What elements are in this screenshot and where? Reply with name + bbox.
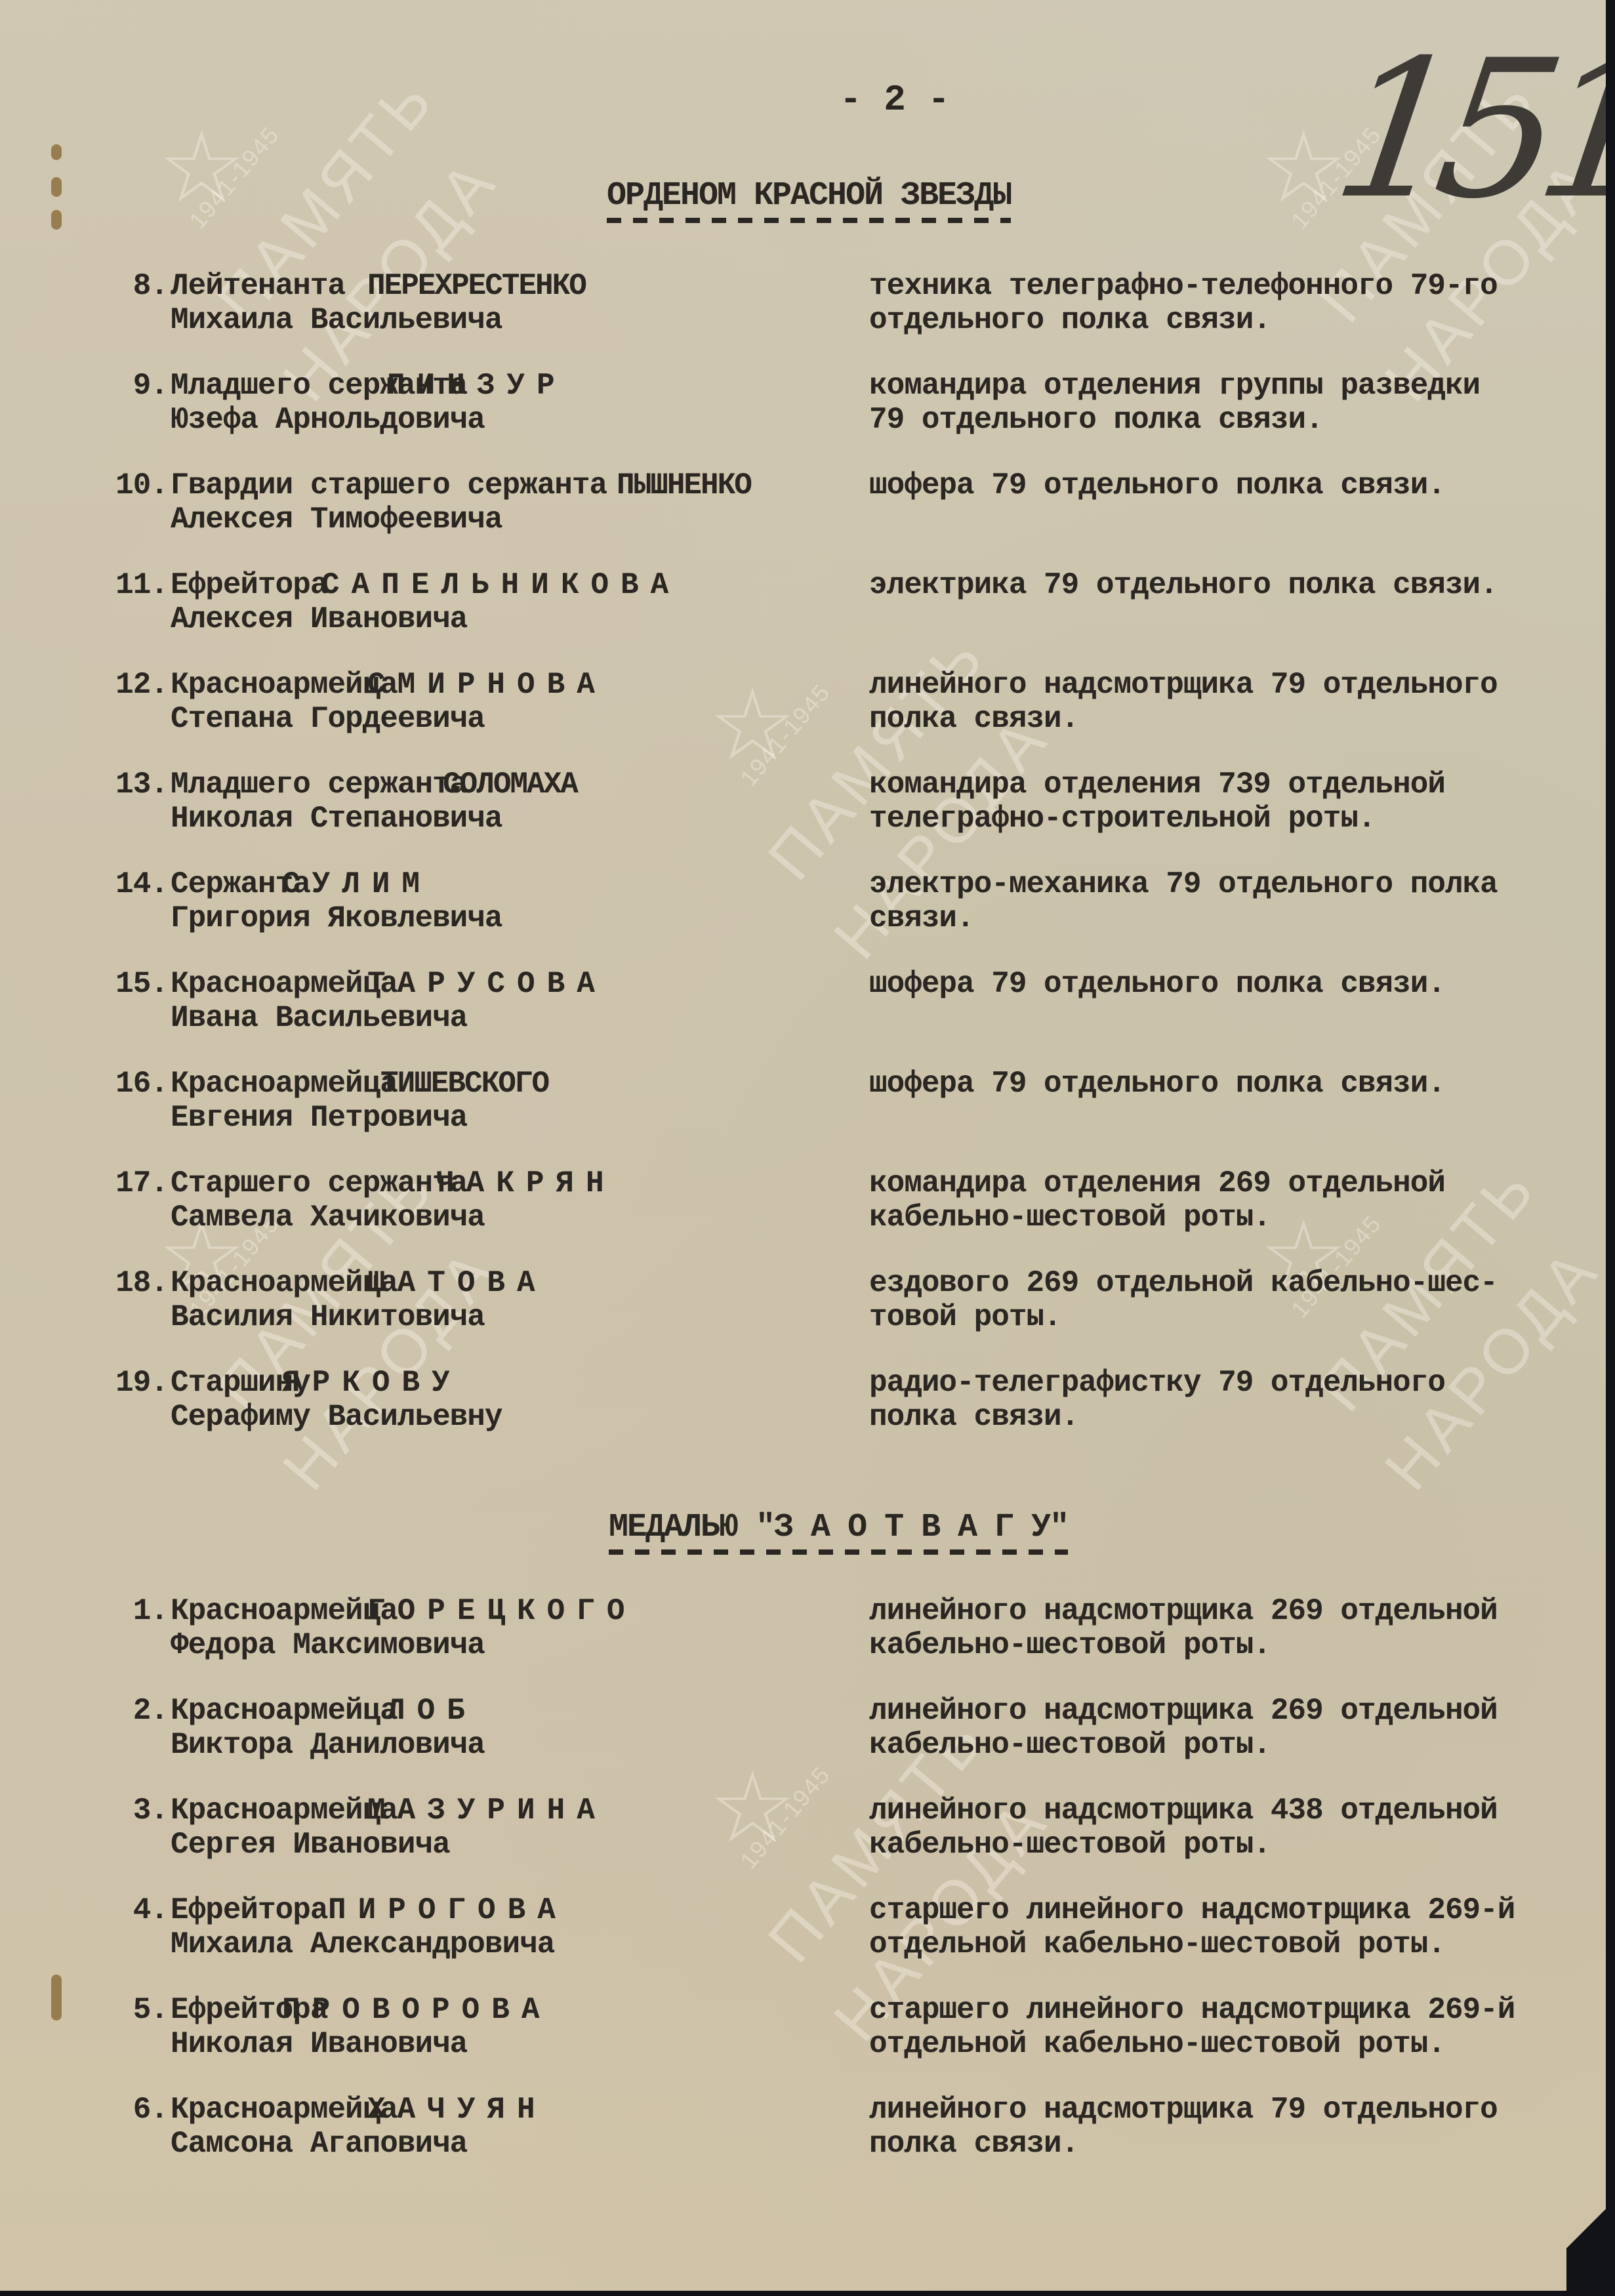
entry-position-description: шофера 79 отдельного полка связи.	[869, 468, 1604, 502]
entry-position-description: командира отделения группы разведки 79 о…	[869, 369, 1604, 437]
entry-number: 12.	[105, 668, 168, 702]
entry-surname: МАЗУРИНА	[367, 1794, 607, 1828]
entry-number: 17.	[105, 1166, 168, 1200]
binding-hole	[51, 1975, 62, 2020]
entry-rank: Младшего сержанта	[171, 768, 467, 802]
entry-rank: Красноармейца	[171, 1067, 398, 1101]
entry-given-names: Серафиму Васильевну	[171, 1400, 502, 1434]
entry-number: 10.	[105, 468, 168, 502]
entry-surname: ПИНЗУР	[387, 369, 567, 403]
entry-rank: Ефрейтора	[171, 1893, 327, 1927]
entry-surname: СУЛИМ	[282, 867, 432, 901]
entry-rank: Гвардии старшего сержанта	[171, 468, 607, 502]
entry-position-description: командира отделения 739 отдельной телегр…	[869, 768, 1604, 836]
entry-position-description: шофера 79 отдельного полка связи.	[869, 1067, 1604, 1101]
entry-position-description: техника телеграфно-телефонного 79-го отд…	[869, 269, 1604, 337]
entry-number: 1.	[105, 1594, 168, 1628]
entry-surname: ТИШЕВСКОГО	[380, 1067, 548, 1101]
entry-given-names: Сергея Ивановича	[171, 1828, 450, 1862]
heading-underline	[609, 1549, 1068, 1555]
entry-surname: ШАТОВА	[367, 1266, 547, 1300]
entry-position-description: командира отделения 269 отдельной кабель…	[869, 1166, 1604, 1235]
entry-number: 8.	[105, 269, 168, 303]
page-corner-fold	[1566, 2166, 1606, 2291]
entry-number: 2.	[105, 1694, 168, 1728]
entry-number: 16.	[105, 1067, 168, 1101]
entry-position-description: линейного надсмотрщика 79 отдельного пол…	[869, 2093, 1604, 2161]
entry-rank: Красноармейца	[171, 1266, 398, 1300]
entry-surname: ГОРЕЦКОГО	[367, 1594, 636, 1628]
section-heading-bravery-medal: МЕДАЛЬЮ "З А О Т В А Г У"	[609, 1509, 1068, 1546]
entry-surname: СОЛОМАХА	[443, 768, 577, 802]
entry-position-description: старшего линейного надсмотрщика 269-й от…	[869, 1893, 1604, 1961]
entry-number: 14.	[105, 867, 168, 901]
entry-number: 9.	[105, 369, 168, 403]
entry-given-names: Михаила Васильевича	[171, 303, 502, 337]
entry-position-description: линейного надсмотрщика 79 отдельного пол…	[869, 668, 1604, 736]
entry-rank: Красноармейца	[171, 1594, 398, 1628]
entry-surname: ХАЧУЯН	[367, 2093, 547, 2127]
entry-number: 5.	[105, 1993, 168, 2027]
entry-surname: ПЕРЕХРЕСТЕНКО	[367, 269, 586, 303]
entry-number: 13.	[105, 768, 168, 802]
entry-surname: ПЫШНЕНКО	[617, 468, 751, 502]
entry-given-names: Алексея Тимофеевича	[171, 502, 502, 537]
entry-rank: Красноармейца	[171, 967, 398, 1001]
entry-given-names: Самсона Агаповича	[171, 2127, 467, 2161]
section-heading-red-star: ОРДЕНОМ КРАСНОЙ ЗВЕЗДЫ	[607, 177, 1011, 215]
entry-rank: Красноармейца	[171, 2093, 398, 2127]
entry-surname: ТАРУСОВА	[367, 967, 607, 1001]
entry-surname: САПЕЛЬНИКОВА	[321, 568, 680, 602]
entry-given-names: Евгения Петровича	[171, 1101, 467, 1135]
entry-given-names: Степана Гордеевича	[171, 702, 485, 736]
entry-given-names: Юзефа Арнольдовича	[171, 403, 485, 437]
handwritten-folio-number: 151	[1322, 20, 1606, 241]
entry-rank: Красноармейца	[171, 668, 398, 702]
entry-position-description: ездового 269 отдельной кабельно-шес- тов…	[869, 1266, 1604, 1334]
entry-surname: СМИРНОВА	[367, 668, 607, 702]
document-page: ☆ 1941-1945 ПАМЯТЬ НАРОДА ☆ 1941-1945 ПА…	[0, 0, 1606, 2291]
entry-position-description: старшего линейного надсмотрщика 269-й от…	[869, 1993, 1604, 2061]
entry-surname: ЧАКРЯН	[436, 1166, 616, 1200]
entry-given-names: Ивана Васильевича	[171, 1001, 467, 1035]
binding-hole	[51, 177, 62, 197]
entry-given-names: Алексея Ивановича	[171, 602, 467, 636]
entry-number: 11.	[105, 568, 168, 602]
entry-number: 3.	[105, 1794, 168, 1828]
entry-rank: Лейтенанта	[171, 269, 345, 303]
entry-position-description: радио-телеграфистку 79 отдельного полка …	[869, 1366, 1604, 1434]
page-number: - 2 -	[840, 79, 950, 121]
entry-surname: ПИРОГОВА	[328, 1893, 567, 1927]
binding-hole	[51, 210, 62, 230]
entry-position-description: электро-механика 79 отдельного полка свя…	[869, 867, 1604, 935]
entry-given-names: Федора Максимовича	[171, 1628, 485, 1662]
entry-given-names: Григория Яковлевича	[171, 901, 502, 935]
entry-number: 4.	[105, 1893, 168, 1927]
entry-position-description: линейного надсмотрщика 269 отдельной каб…	[869, 1594, 1604, 1662]
entry-position-description: линейного надсмотрщика 438 отдельной каб…	[869, 1794, 1604, 1862]
entry-given-names: Николая Ивановича	[171, 2027, 467, 2061]
entry-rank: Старшего сержанта	[171, 1166, 467, 1200]
entry-surname: ЯРКОВУ	[282, 1366, 462, 1400]
entry-given-names: Самвела Хачиковича	[171, 1200, 485, 1235]
entry-rank: Красноармейца	[171, 1794, 398, 1828]
entry-rank: Красноармейца	[171, 1694, 398, 1728]
entry-position-description: линейного надсмотрщика 269 отдельной каб…	[869, 1694, 1604, 1762]
heading-underline	[607, 218, 1011, 223]
entry-rank: Ефрейтора	[171, 568, 327, 602]
star-icon: ☆	[157, 118, 561, 216]
entry-given-names: Николая Степановича	[171, 802, 502, 836]
binding-hole	[51, 144, 62, 160]
entry-position-description: электрика 79 отдельного полка связи.	[869, 568, 1604, 602]
entry-number: 15.	[105, 967, 168, 1001]
entry-given-names: Виктора Даниловича	[171, 1728, 485, 1762]
entry-position-description: шофера 79 отдельного полка связи.	[869, 967, 1604, 1001]
entry-given-names: Михаила Александровича	[171, 1927, 554, 1961]
entry-number: 19.	[105, 1366, 168, 1400]
entry-number: 18.	[105, 1266, 168, 1300]
entry-surname: ПРОВОРОВА	[282, 1993, 551, 2027]
entry-number: 6.	[105, 2093, 168, 2127]
entry-given-names: Василия Никитовича	[171, 1300, 485, 1334]
entry-surname: ЛОБ	[387, 1694, 477, 1728]
